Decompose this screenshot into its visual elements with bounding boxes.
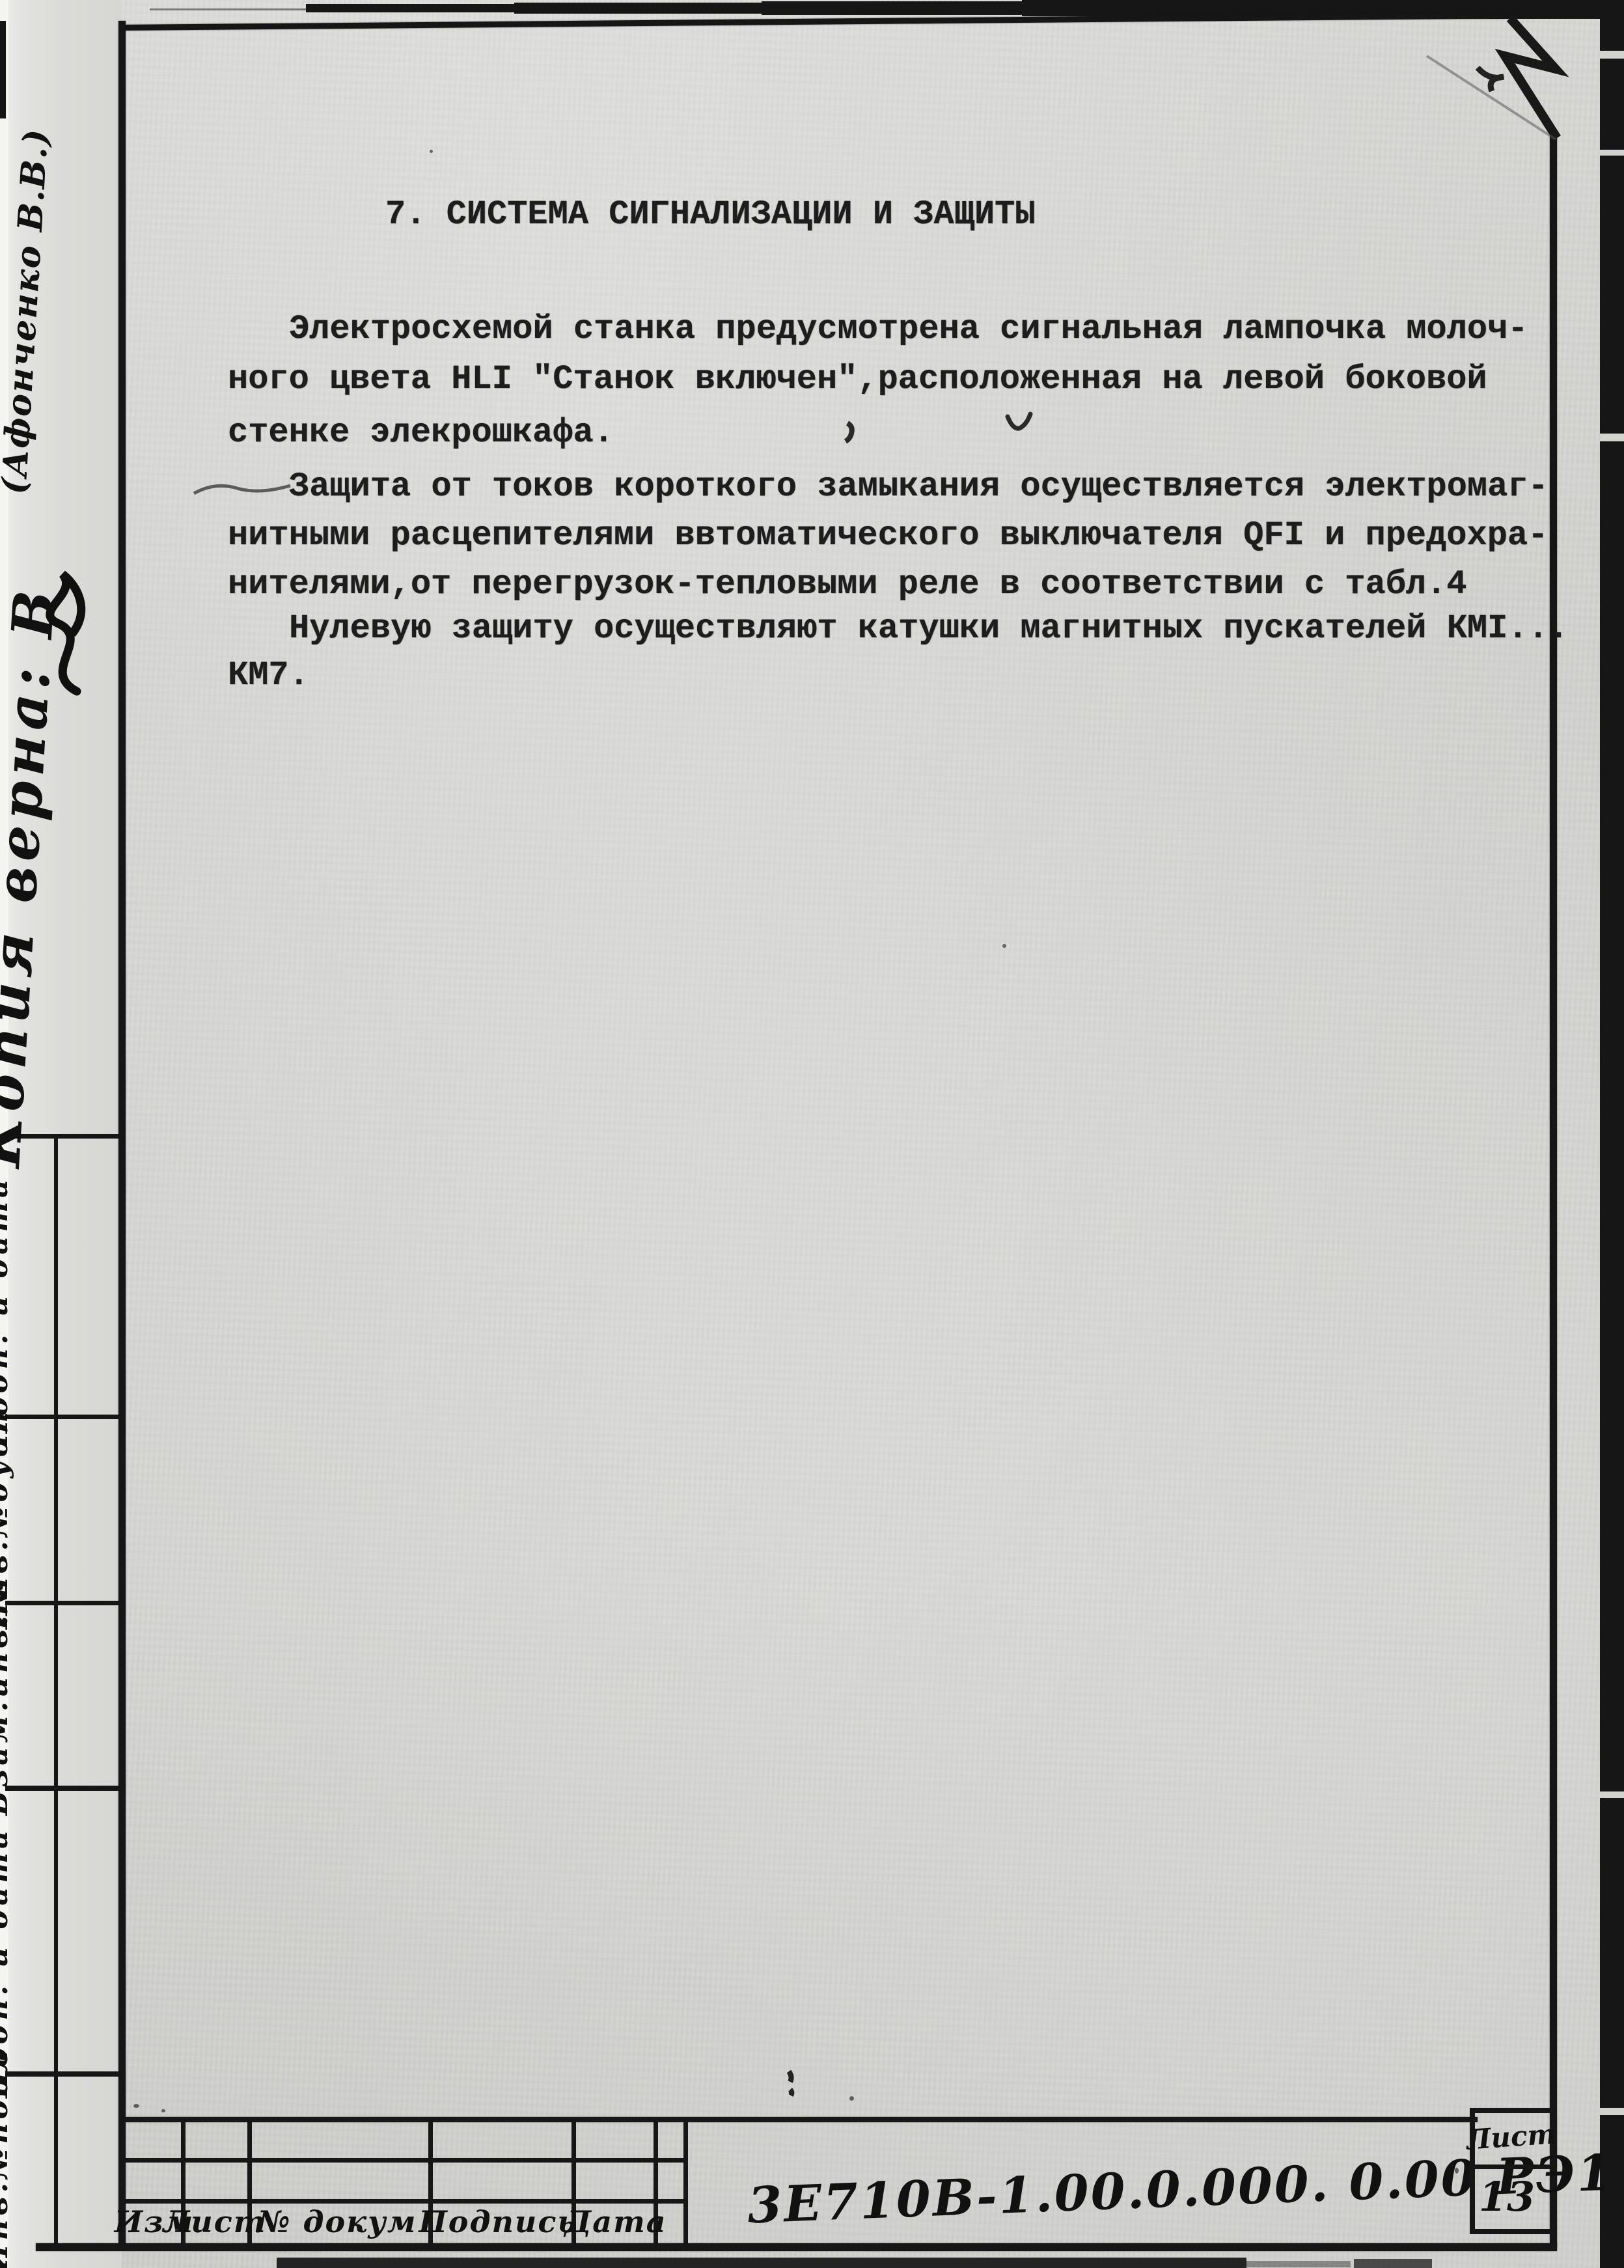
dust-speck (849, 2096, 854, 2101)
body-line: нитными расцепителями ввтоматического вы… (228, 516, 1548, 555)
titleblock-col-data: Дата (564, 2204, 667, 2239)
titleblock-col-list: Лист (163, 2204, 267, 2239)
sidebar-divider (5, 1415, 122, 1419)
scan-edge-artifact (0, 21, 6, 118)
body-line: ного цвета HLI "Станок включен",располож… (228, 360, 1487, 399)
titleblock-row-line (122, 2158, 683, 2163)
edge-notch (1600, 1791, 1624, 1798)
top-scan-band (1022, 0, 1295, 16)
scanned-document-page: Подп. и дата Инв.№дубл Взам.инв.№ Подп. … (0, 0, 1624, 2268)
body-line: КМ7. (228, 656, 309, 695)
sidebar-field-podp-i-data-1: Подп. и дата (0, 1175, 14, 1447)
edge-notch (1600, 51, 1624, 59)
bottom-scan-band (1354, 2259, 1432, 2268)
crease-ink-mark (1478, 68, 1504, 91)
dash-before-paragraph (194, 486, 290, 493)
sidebar-divider (5, 1786, 122, 1791)
titleblock-col-line (683, 2117, 688, 2245)
top-scan-band (514, 3, 762, 14)
sheetbox-top-line (1470, 2108, 1557, 2113)
bottom-scan-band (1246, 2261, 1351, 2267)
corner-fold-zigzag (1505, 18, 1557, 138)
sheet-label: Лист (1466, 2118, 1558, 2155)
sidebar-column-line (54, 1136, 58, 2246)
sheetbox-mid-line (1470, 2164, 1557, 2169)
crease-line (1427, 56, 1556, 139)
titleblock-col-podpis: Подпись (419, 2204, 578, 2239)
frame-right-line (1550, 134, 1557, 2248)
dust-speck (133, 2104, 139, 2108)
top-scan-band (762, 1, 1022, 15)
body-line: Электросхемой станка предусмотрена сигна… (289, 310, 1528, 349)
exclamation-speck (789, 2071, 791, 2095)
sidebar-field-inv-podl: Инв.№подл (0, 2047, 14, 2268)
dust-speck (1002, 944, 1006, 948)
sidebar-divider (5, 2071, 122, 2077)
right-scan-edge (1600, 0, 1624, 2268)
top-scan-line (150, 8, 365, 10)
sheetbox-bottom-line (1470, 2229, 1557, 2234)
titleblock-top-line (122, 2117, 1478, 2122)
sheet-number: 13 (1479, 2173, 1535, 2220)
titleblock-col-ndokum: № докум (257, 2204, 417, 2239)
body-line: Нулевую защиту осуществляют катушки магн… (289, 609, 1569, 648)
section-title: 7. СИСТЕМА СИГНАЛИЗАЦИИ И ЗАЩИТЫ (385, 195, 1036, 234)
dust-speck (430, 150, 433, 153)
titleblock-row-line (122, 2199, 683, 2204)
bottom-scan-band (277, 2258, 1246, 2268)
body-line: стенке элекрошкафа. (228, 413, 614, 452)
comma-artifact (846, 423, 852, 441)
frame-top-line (122, 12, 1512, 31)
edge-notch (1600, 2108, 1624, 2115)
body-line: Защита от токов короткого замыкания осущ… (289, 467, 1548, 506)
dust-speck (161, 2109, 165, 2112)
frame-bottom-line (36, 2243, 1557, 2251)
sidebar-field-vzam-inv: Взам.инв.№ (0, 1577, 14, 1816)
sidebar-divider (5, 1601, 122, 1605)
edge-notch (1600, 150, 1624, 156)
body-line: нителями,от перегрузок-тепловыми реле в … (228, 565, 1467, 604)
edge-notch (1600, 434, 1624, 441)
check-artifact (1008, 414, 1030, 428)
dust-speck (1455, 2168, 1459, 2174)
